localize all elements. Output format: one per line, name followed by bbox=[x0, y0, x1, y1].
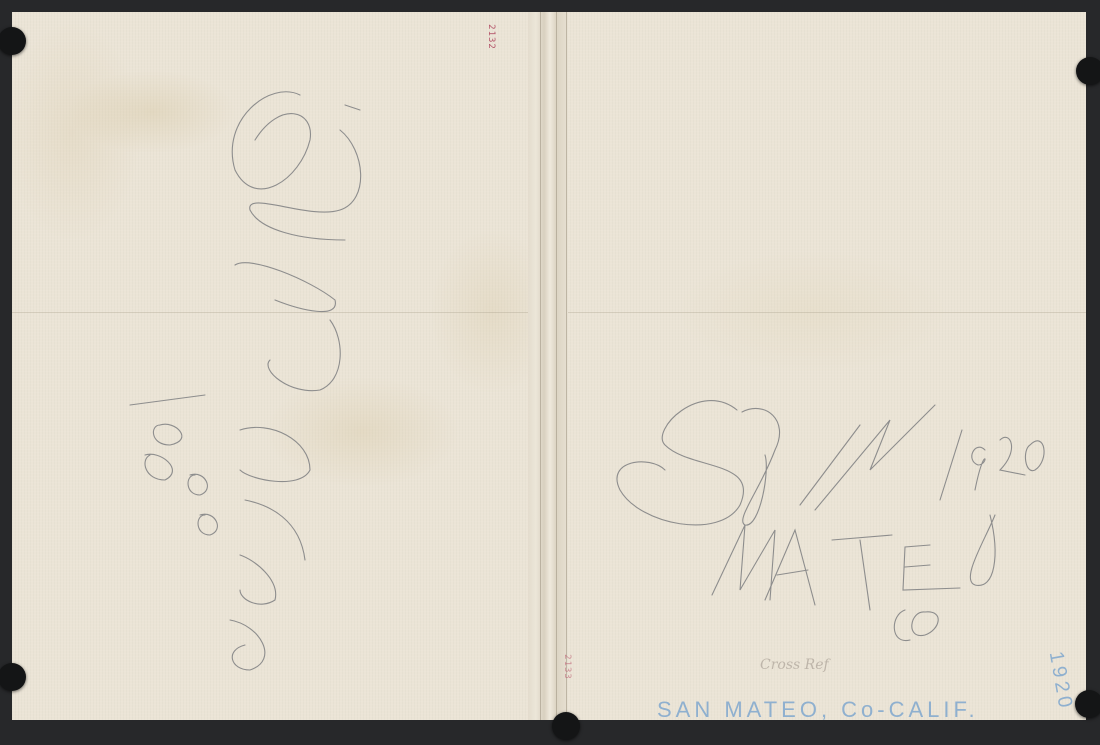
cross-ref-note: Cross Ref bbox=[760, 657, 829, 673]
corner-weight-bottom-right bbox=[1075, 690, 1100, 718]
pencil-handwriting bbox=[0, 0, 1100, 745]
corner-weight-top-right bbox=[1076, 57, 1100, 85]
bottom-center-weight bbox=[552, 712, 580, 740]
county-label-blue: SAN MATEO, Co-CALIF. bbox=[657, 697, 979, 723]
